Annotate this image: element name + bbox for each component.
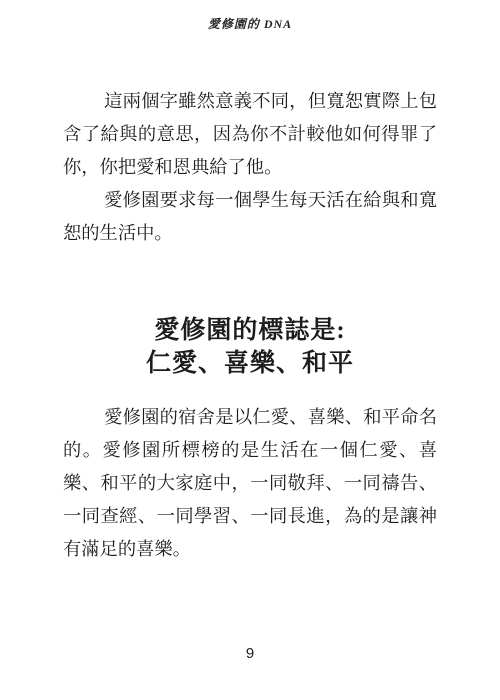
book-page: 愛修園的 DNA 這兩個字雖然意義不同，但寬恕實際上包含了給與的意思，因為你不計… xyxy=(0,0,500,700)
paragraph-1: 這兩個字雖然意義不同，但寬恕實際上包含了給與的意思，因為你不計較他如何得罪了你，… xyxy=(63,85,437,184)
paragraph-2: 愛修園要求每一個學生每天活在給與和寬恕的生活中。 xyxy=(63,184,437,250)
page-body: 這兩個字雖然意義不同，但寬恕實際上包含了給與的意思，因為你不計較他如何得罪了你，… xyxy=(63,85,437,566)
section-heading: 愛修園的標誌是: 仁愛、喜樂、和平 xyxy=(63,314,437,380)
running-header: 愛修園的 DNA xyxy=(0,15,500,32)
paragraph-3: 愛修園的宿舍是以仁愛、喜樂、和平命名的。愛修園所標榜的是生活在一個仁愛、喜樂、和… xyxy=(63,401,437,566)
section-heading-line-2: 仁愛、喜樂、和平 xyxy=(63,347,437,380)
page-number: 9 xyxy=(0,645,500,662)
section-heading-line-1: 愛修園的標誌是: xyxy=(63,314,437,347)
